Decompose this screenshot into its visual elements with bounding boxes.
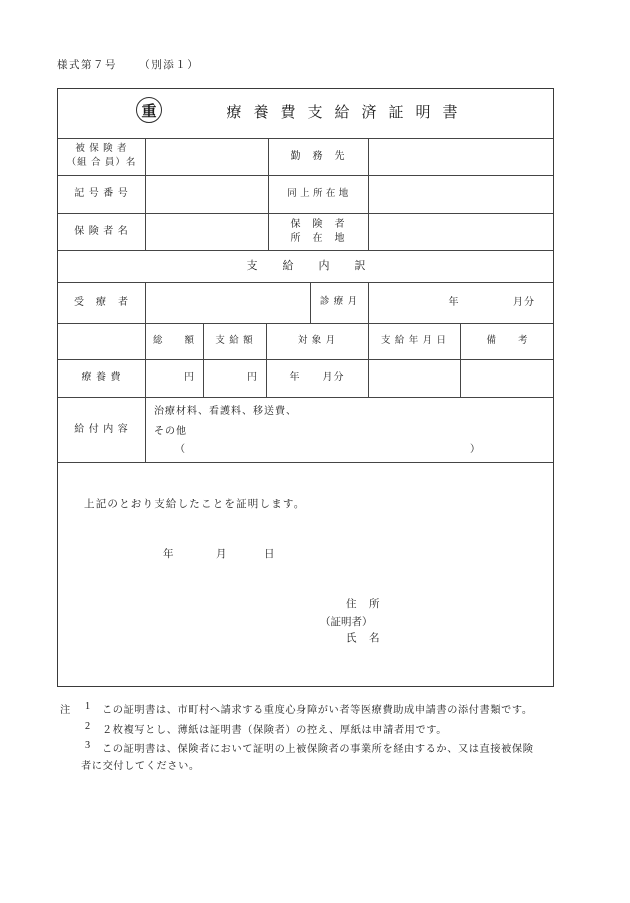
symbol-number-cell xyxy=(145,175,268,213)
note-2-number: 2 xyxy=(85,721,91,732)
insurer-address-label-line1: 保 険 者 xyxy=(268,218,368,232)
remarks-cell xyxy=(460,359,555,397)
insured-name-cell xyxy=(145,138,268,175)
certifier-address-label: 住 所 xyxy=(346,596,381,611)
payment-breakdown-section-title: 支 給 内 訳 xyxy=(58,250,555,282)
employer-address-cell xyxy=(368,175,555,213)
form-number: 様式第７号 （別添１） xyxy=(57,57,199,72)
symbol-number-label: 記 号 番 号 xyxy=(58,175,145,213)
note-3-continuation-text: 者に交付してください。 xyxy=(81,757,200,772)
patient-cell xyxy=(145,282,310,323)
insurer-address-label: 保 険 者 所 在 地 xyxy=(268,213,368,250)
note-1-text: この証明書は、市町村へ請求する重度心身障がい者等医療費助成申請書の添付書類です。 xyxy=(102,701,533,716)
form-title: 療養費支給済証明書 xyxy=(198,99,498,127)
benefit-content-label: 給 付 内 容 xyxy=(58,397,145,462)
benefit-paren-open: （ xyxy=(175,440,185,455)
payment-date-cell xyxy=(368,359,460,397)
employer-cell xyxy=(368,138,555,175)
benefit-content-line2: その他 xyxy=(154,422,187,437)
employer-address-label: 同 上 所 在 地 xyxy=(268,175,368,213)
notes-marker: 注 xyxy=(60,701,71,716)
divider xyxy=(58,462,553,463)
divider xyxy=(368,282,369,323)
attachment-label: （別添１） xyxy=(139,60,199,71)
benefit-paren-close: ） xyxy=(470,440,480,455)
stamp-seal-icon: 重 xyxy=(136,97,162,123)
form-number-label: 様式第７号 xyxy=(57,60,117,71)
insurer-name-cell xyxy=(145,213,268,250)
certification-date-year: 年 xyxy=(163,546,174,561)
column-header-total: 総 額 xyxy=(145,323,203,359)
patient-label: 受 療 者 xyxy=(58,282,145,323)
insured-name-label-line1: 被 保 険 者 xyxy=(58,143,145,157)
certification-date-month: 月 xyxy=(216,546,227,561)
stamp-character: 重 xyxy=(141,100,156,121)
treatment-month-year-suffix: 年 xyxy=(448,282,460,323)
note-3-number: 3 xyxy=(85,740,91,751)
certifier-name-label: 氏 名 xyxy=(346,630,381,645)
certifier-label: （証明者） xyxy=(320,614,373,629)
column-header-paid-amount: 支 給 額 xyxy=(203,323,266,359)
paid-amount-yen-unit: 円 xyxy=(203,359,258,397)
insurer-name-label: 保 険 者 名 xyxy=(58,213,145,250)
document-page: 様式第７号 （別添１） 重 療養費支給済証明書 被 保 険 者 xyxy=(0,0,630,903)
total-amount-yen-unit: 円 xyxy=(145,359,195,397)
note-1-number: 1 xyxy=(85,701,91,712)
column-header-payment-date: 支 給 年 月 日 xyxy=(368,323,460,359)
note-3-text: この証明書は、保険者において証明の上被保険者の事業所を経由するか、又は直接被保険 xyxy=(102,740,534,755)
certification-statement: 上記のとおり支給したことを証明します。 xyxy=(84,496,305,511)
column-header-target-month: 対 象 月 xyxy=(266,323,368,359)
insured-name-label: 被 保 険 者 （組 合 員）名 xyxy=(58,138,145,175)
target-month-value: 年 月分 xyxy=(266,359,368,397)
form-border-box: 重 療養費支給済証明書 被 保 険 者 （組 合 員）名 勤 務 先 xyxy=(57,88,554,687)
certification-date-day: 日 xyxy=(264,546,275,561)
benefit-content-line1: 治療材料、看護料、移送費、 xyxy=(154,402,297,417)
treatment-month-month-suffix: 月分 xyxy=(511,282,537,323)
treatment-month-label: 診 療 月 xyxy=(310,282,368,323)
insurer-address-label-line2: 所 在 地 xyxy=(268,232,368,246)
medical-expense-label: 療 養 費 xyxy=(58,359,145,397)
note-2-text: ２枚複写とし、薄紙は証明書（保険者）の控え、厚紙は申請者用です。 xyxy=(102,721,447,736)
insured-name-label-line2: （組 合 員）名 xyxy=(58,157,145,171)
column-header-remarks: 備 考 xyxy=(460,323,555,359)
insurer-address-cell xyxy=(368,213,555,250)
employer-label: 勤 務 先 xyxy=(268,138,368,175)
